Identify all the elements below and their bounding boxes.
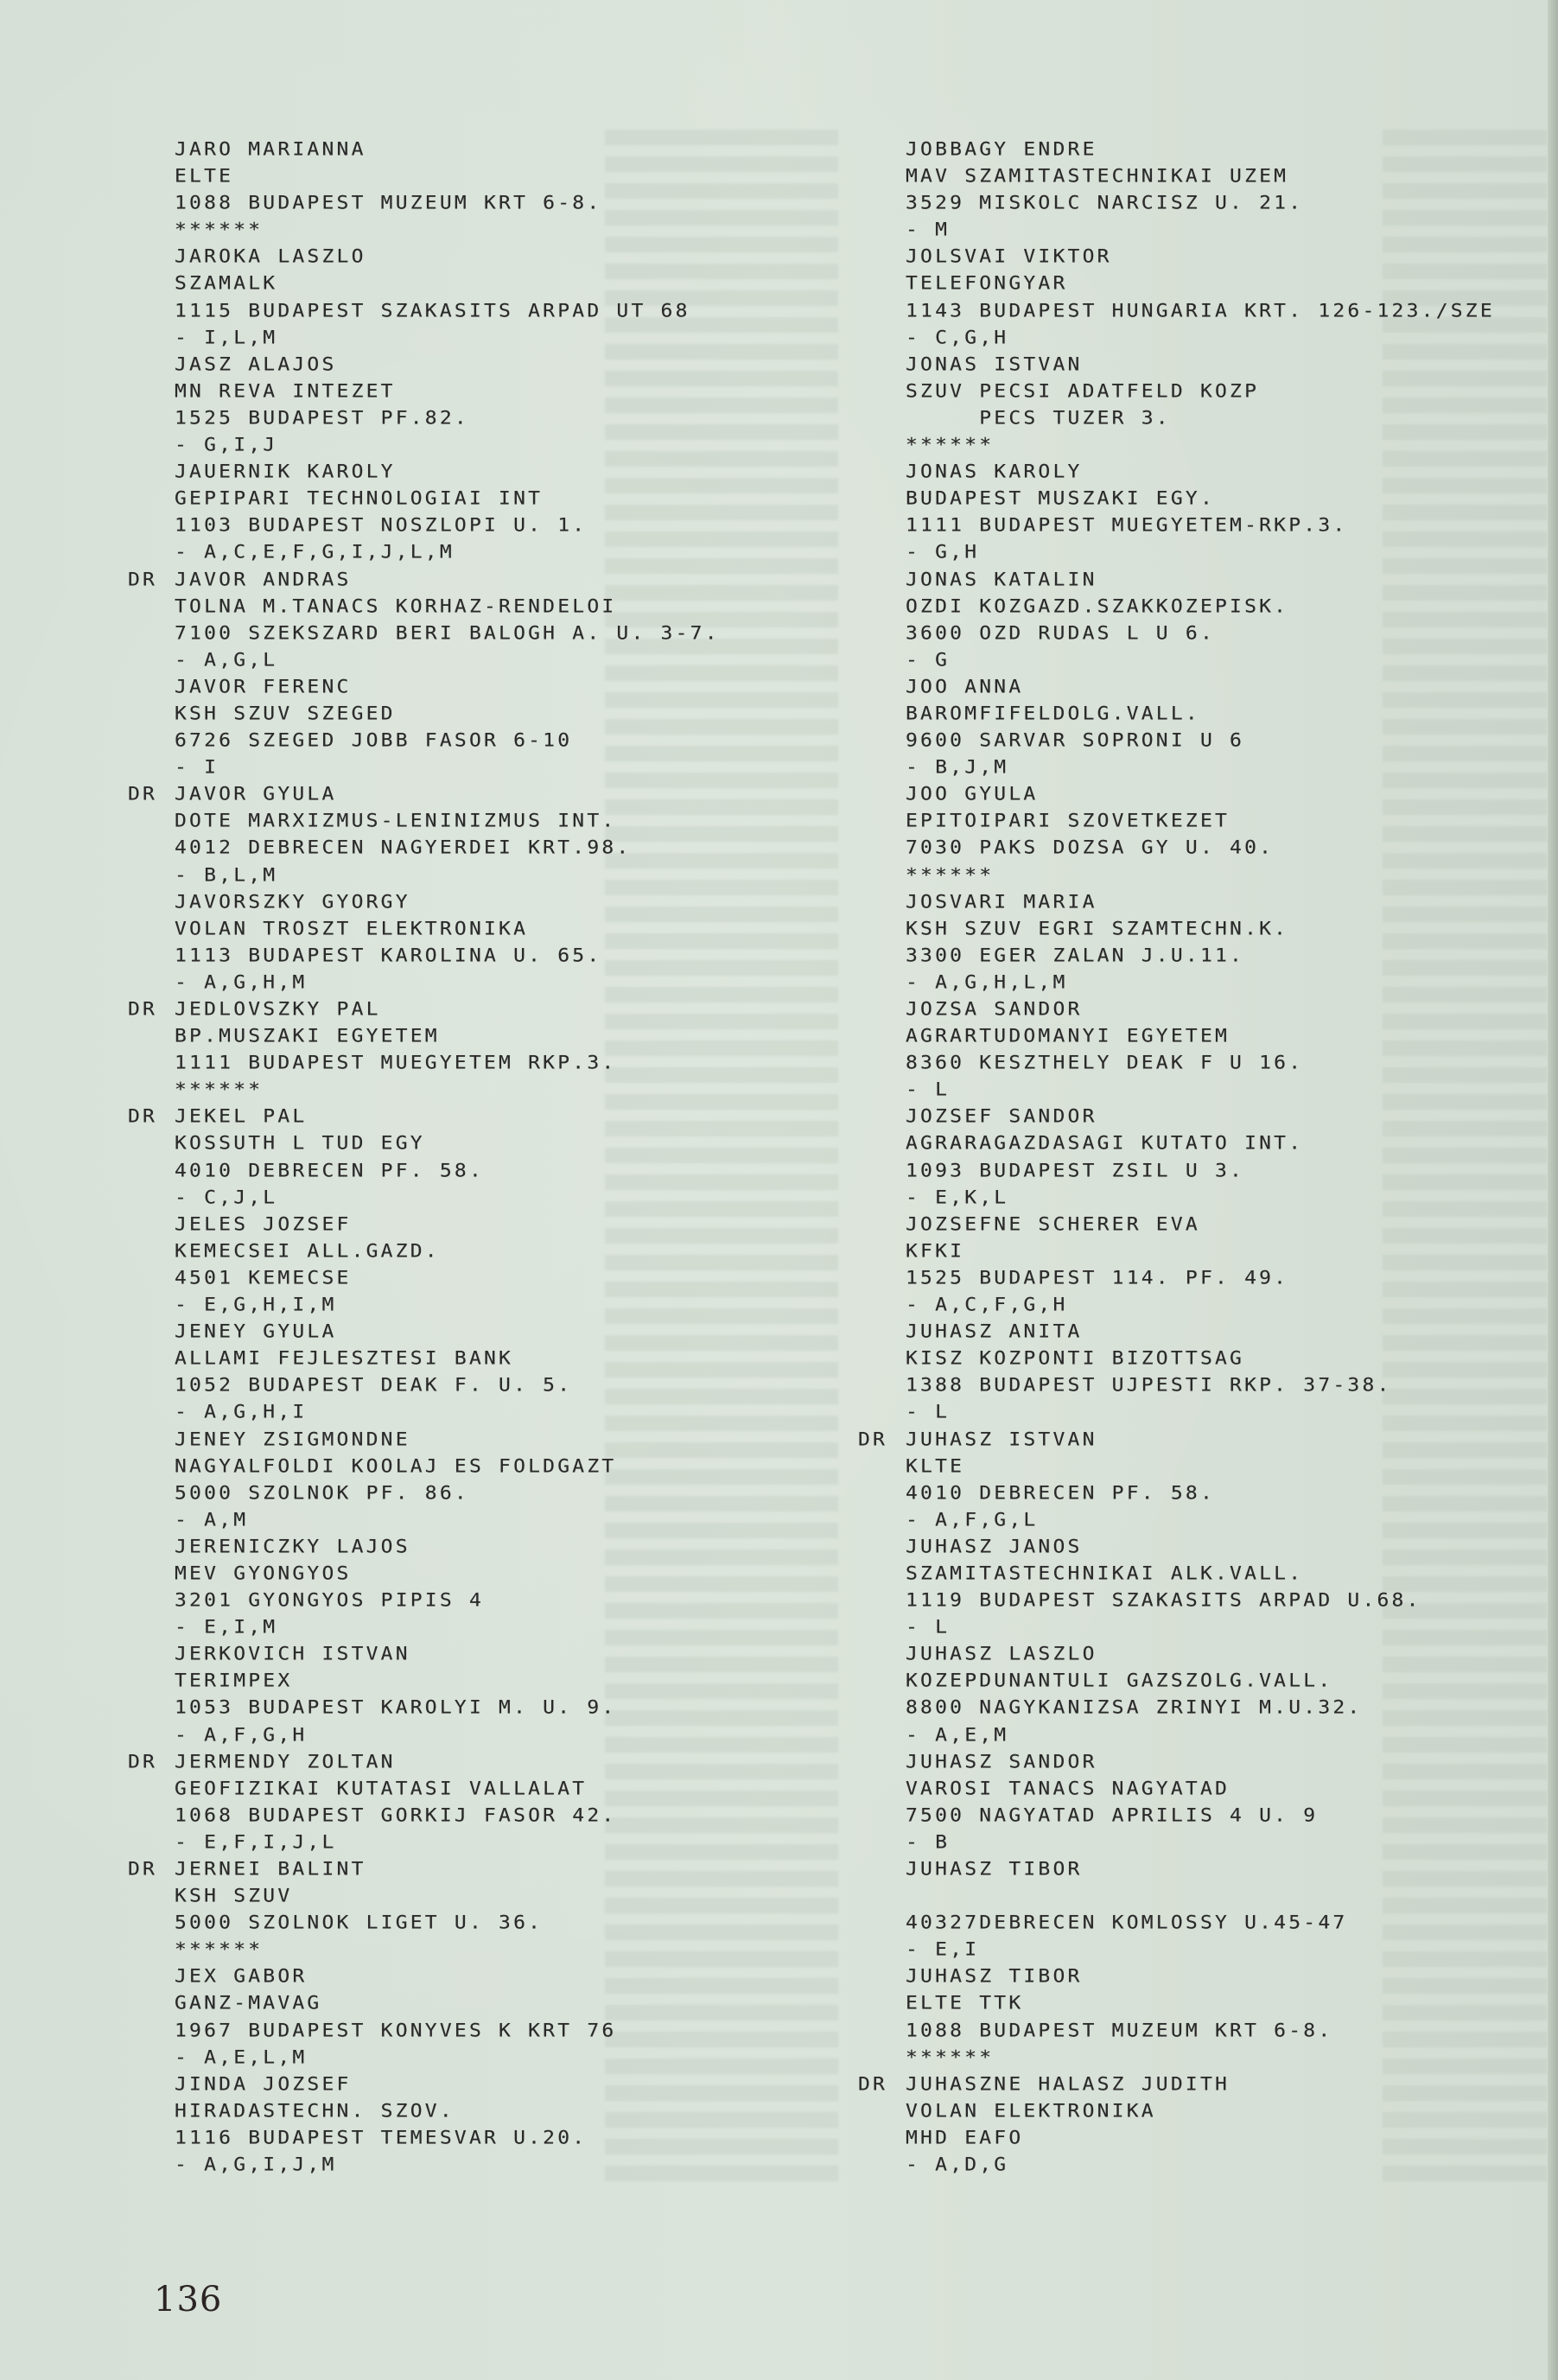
line-text: MHD EAFO xyxy=(906,2126,1023,2151)
line-text: JEKEL PAL xyxy=(175,1105,307,1130)
line-text: AGRARTUDOMANYI EGYETEM xyxy=(906,1024,1230,1049)
line-text: 5000 SZOLNOK LIGET U. 36. xyxy=(175,1911,543,1936)
line-text: KSH SZUV xyxy=(175,1884,292,1909)
line-text: 7500 NAGYATAD APRILIS 4 U. 9 xyxy=(906,1804,1318,1829)
line-text: - E,G,H,I,M xyxy=(175,1293,337,1318)
line-text: - E,K,L xyxy=(906,1186,1008,1211)
line-text: - E,I,M xyxy=(175,1615,277,1640)
title-prefix: DR xyxy=(128,782,157,807)
line-text: JONAS KAROLY xyxy=(906,460,1083,485)
line-text: JOLSVAI VIKTOR xyxy=(906,245,1112,270)
line-text: JERENICZKY LAJOS xyxy=(175,1535,410,1560)
line-text: 8800 NAGYKANIZSA ZRINYI M.U.32. xyxy=(906,1696,1362,1721)
line-text: 40327DEBRECEN KOMLOSSY U.45-47 xyxy=(906,1911,1347,1936)
line-text: JUHASZ LASZLO xyxy=(906,1642,1097,1667)
line-text: - A,G,H,L,M xyxy=(906,970,1068,996)
line-text: 1967 BUDAPEST KONYVES K KRT 76 xyxy=(175,2019,616,2044)
line-text: - L xyxy=(906,1401,950,1426)
line-text: - A,C,F,G,H xyxy=(906,1293,1068,1318)
line-text: NAGYALFOLDI KOOLAJ ES FOLDGAZT xyxy=(175,1454,616,1480)
line-text: - C,G,H xyxy=(906,326,1008,351)
line-text: JUHASZ TIBOR xyxy=(906,1965,1083,1990)
line-text: BAROMFIFELDOLG.VALL. xyxy=(906,702,1200,727)
line-text: - A,E,L,M xyxy=(175,2046,307,2071)
line-text: JELES JOZSEF xyxy=(175,1212,352,1238)
line-text: 1111 BUDAPEST MUEGYETEM-RKP.3. xyxy=(906,514,1347,539)
line-text: KOSSUTH L TUD EGY xyxy=(175,1132,425,1157)
line-text: - A,G,H,I xyxy=(175,1401,307,1426)
page-number: 136 xyxy=(154,2280,222,2320)
line-text: - E,F,I,J,L xyxy=(175,1830,337,1855)
line-text: ****** xyxy=(906,863,994,888)
line-text: - L xyxy=(906,1615,950,1640)
line-text: - A,F,G,H xyxy=(175,1723,307,1748)
line-text: ELTE TTK xyxy=(906,1992,1023,2017)
title-prefix: DR xyxy=(128,1750,157,1775)
line-text: JENEY GYULA xyxy=(175,1320,337,1345)
title-prefix: DR xyxy=(128,1857,157,1882)
line-text: JAVORSZKY GYORGY xyxy=(175,890,410,915)
bleed-through-text-right xyxy=(1383,130,1547,2186)
line-text: MAV SZAMITASTECHNIKAI UZEM xyxy=(906,164,1288,189)
line-text: JUHASZ SANDOR xyxy=(906,1750,1097,1775)
line-text: KLTE xyxy=(906,1454,964,1480)
line-text: JAROKA LASZLO xyxy=(175,245,366,270)
line-text: HIRADASTECHN. SZOV. xyxy=(175,2099,455,2124)
line-text: JAUERNIK KAROLY xyxy=(175,460,396,485)
line-text: JAVOR ANDRAS xyxy=(175,568,352,593)
line-text: - G xyxy=(906,648,950,673)
line-text: 6726 SZEGED JOBB FASOR 6-10 xyxy=(175,729,572,754)
line-text: BUDAPEST MUSZAKI EGY. xyxy=(906,487,1215,512)
line-text: JERMENDY ZOLTAN xyxy=(175,1750,396,1775)
line-text: JOO ANNA xyxy=(906,675,1023,700)
line-text: DOTE MARXIZMUS-LENINIZMUS INT. xyxy=(175,810,616,835)
line-text: JERNEI BALINT xyxy=(175,1857,366,1882)
line-text: EPITOIPARI SZOVETKEZET xyxy=(906,810,1230,835)
line-text: 4010 DEBRECEN PF. 58. xyxy=(906,1481,1215,1506)
line-text: 1111 BUDAPEST MUEGYETEM RKP.3. xyxy=(175,1051,616,1076)
line-text: - A,C,E,F,G,I,J,L,M xyxy=(175,541,455,566)
line-text: 3600 OZD RUDAS L U 6. xyxy=(906,621,1215,646)
line-text: MN REVA INTEZET xyxy=(175,379,396,404)
line-text: SZAMITASTECHNIKAI ALK.VALL. xyxy=(906,1562,1303,1587)
line-text: 1525 BUDAPEST 114. PF. 49. xyxy=(906,1266,1288,1291)
line-text: - A,G,I,J,M xyxy=(175,2153,337,2178)
line-text: - A,F,G,L xyxy=(906,1508,1038,1533)
line-text: ELTE xyxy=(175,164,233,189)
line-text: ALLAMI FEJLESZTESI BANK xyxy=(175,1346,513,1371)
bleed-through-text-left xyxy=(605,130,838,2186)
title-prefix: DR xyxy=(858,2072,887,2097)
line-text: JERKOVICH ISTVAN xyxy=(175,1642,410,1667)
line-text: - B xyxy=(906,1830,950,1855)
line-text: 1053 BUDAPEST KAROLYI M. U. 9. xyxy=(175,1696,616,1721)
line-text: SZAMALK xyxy=(175,272,277,297)
line-text: 4012 DEBRECEN NAGYERDEI KRT.98. xyxy=(175,837,631,862)
line-text: 1388 BUDAPEST UJPESTI RKP. 37-38. xyxy=(906,1374,1392,1399)
line-text: JOZSEFNE SCHERER EVA xyxy=(906,1212,1200,1238)
line-text: ****** xyxy=(175,219,263,244)
line-text: ****** xyxy=(906,433,994,458)
page-edge xyxy=(1548,0,1558,2380)
line-text: - B,L,M xyxy=(175,863,277,888)
line-text: KFKI xyxy=(906,1239,964,1264)
line-text: 1115 BUDAPEST SZAKASITS ARPAD UT 68 xyxy=(175,299,690,324)
line-text: 4501 KEMECSE xyxy=(175,1266,352,1291)
line-text: JOZSEF SANDOR xyxy=(906,1105,1097,1130)
title-prefix: DR xyxy=(128,568,157,593)
line-text: - A,G,H,M xyxy=(175,970,307,996)
line-text: - E,I xyxy=(906,1938,979,1963)
line-text: JINDA JOZSEF xyxy=(175,2072,352,2097)
line-text: SZUV PECSI ADATFELD KOZP xyxy=(906,379,1259,404)
line-text: JASZ ALAJOS xyxy=(175,353,337,378)
line-text: 3529 MISKOLC NARCISZ U. 21. xyxy=(906,191,1303,216)
line-text: GEOFIZIKAI KUTATASI VALLALAT xyxy=(175,1777,587,1802)
line-text: JARO MARIANNA xyxy=(175,137,366,162)
line-text: BP.MUSZAKI EGYETEM xyxy=(175,1024,440,1049)
line-text: JEX GABOR xyxy=(175,1965,307,1990)
line-text: PECS TUZER 3. xyxy=(906,406,1171,431)
line-text: JENEY ZSIGMONDNE xyxy=(175,1428,410,1453)
line-text: ****** xyxy=(175,1938,263,1963)
line-text: - C,J,L xyxy=(175,1186,277,1211)
line-text: 3300 EGER ZALAN J.U.11. xyxy=(906,944,1244,969)
line-text: - I,L,M xyxy=(175,326,277,351)
line-text: VOLAN TROSZT ELEKTRONIKA xyxy=(175,917,528,942)
line-text: KISZ KOZPONTI BIZOTTSAG xyxy=(906,1346,1244,1371)
line-text: 1052 BUDAPEST DEAK F. U. 5. xyxy=(175,1374,572,1399)
line-text: JOBBAGY ENDRE xyxy=(906,137,1097,162)
line-text: 3201 GYONGYOS PIPIS 4 xyxy=(175,1588,484,1613)
line-text: JOZSA SANDOR xyxy=(906,997,1083,1022)
line-text: 1068 BUDAPEST GORKIJ FASOR 42. xyxy=(175,1804,616,1829)
line-text: JAVOR GYULA xyxy=(175,782,337,807)
line-text: KEMECSEI ALL.GAZD. xyxy=(175,1239,440,1264)
line-text: TERIMPEX xyxy=(175,1670,292,1695)
line-text: 8360 KESZTHELY DEAK F U 16. xyxy=(906,1051,1303,1076)
line-text: 4010 DEBRECEN PF. 58. xyxy=(175,1159,484,1184)
line-text: 1143 BUDAPEST HUNGARIA KRT. 126-123./SZE xyxy=(906,299,1495,324)
line-text: OZDI KOZGAZD.SZAKKOZEPISK. xyxy=(906,595,1288,620)
title-prefix: DR xyxy=(128,997,157,1022)
line-text: - I xyxy=(175,755,219,780)
line-text: ****** xyxy=(175,1079,263,1104)
title-prefix: DR xyxy=(858,1428,887,1453)
line-text: VAROSI TANACS NAGYATAD xyxy=(906,1777,1230,1802)
line-text: KOZEPDUNANTULI GAZSZOLG.VALL. xyxy=(906,1670,1332,1695)
line-text: GEPIPARI TECHNOLOGIAI INT xyxy=(175,487,543,512)
line-text: TELEFONGYAR xyxy=(906,272,1068,297)
line-text: 1119 BUDAPEST SZAKASITS ARPAD U.68. xyxy=(906,1588,1421,1613)
line-text: ****** xyxy=(906,2046,994,2071)
line-text: 9600 SARVAR SOPRONI U 6 xyxy=(906,729,1244,754)
line-text: KSH SZUV SZEGED xyxy=(175,702,396,727)
line-text: 1113 BUDAPEST KAROLINA U. 65. xyxy=(175,944,601,969)
line-text: JOO GYULA xyxy=(906,782,1038,807)
line-text: JUHASZNE HALASZ JUDITH xyxy=(906,2072,1230,2097)
line-text: JUHASZ ANITA xyxy=(906,1320,1083,1345)
line-text: - A,D,G xyxy=(906,2153,1008,2178)
line-text: AGRARAGAZDASAGI KUTATO INT. xyxy=(906,1132,1303,1157)
line-text: JAVOR FERENC xyxy=(175,675,352,700)
line-text: - A,G,L xyxy=(175,648,277,673)
line-text: - A,M xyxy=(175,1508,248,1533)
line-text: VOLAN ELEKTRONIKA xyxy=(906,2099,1156,2124)
line-text: JONAS KATALIN xyxy=(906,568,1097,593)
line-text: KSH SZUV EGRI SZAMTECHN.K. xyxy=(906,917,1288,942)
line-text: JEDLOVSZKY PAL xyxy=(175,997,381,1022)
line-text: 7030 PAKS DOZSA GY U. 40. xyxy=(906,837,1274,862)
title-prefix: DR xyxy=(128,1105,157,1130)
line-text: 1116 BUDAPEST TEMESVAR U.20. xyxy=(175,2126,587,2151)
line-text: - G,H xyxy=(906,541,979,566)
line-text: 7100 SZEKSZARD BERI BALOGH A. U. 3-7. xyxy=(175,621,720,646)
line-text: 1093 BUDAPEST ZSIL U 3. xyxy=(906,1159,1244,1184)
line-text: 1525 BUDAPEST PF.82. xyxy=(175,406,469,431)
line-text: 1088 BUDAPEST MUZEUM KRT 6-8. xyxy=(906,2019,1332,2044)
line-text: - L xyxy=(906,1079,950,1104)
line-text: - A,E,M xyxy=(906,1723,1008,1748)
line-text: JONAS ISTVAN xyxy=(906,353,1083,378)
line-text: 1103 BUDAPEST NOSZLOPI U. 1. xyxy=(175,514,587,539)
line-text: 5000 SZOLNOK PF. 86. xyxy=(175,1481,469,1506)
line-text: - G,I,J xyxy=(175,433,277,458)
line-text: - B,J,M xyxy=(906,755,1008,780)
line-text: JUHASZ TIBOR xyxy=(906,1857,1083,1882)
line-text: 1088 BUDAPEST MUZEUM KRT 6-8. xyxy=(175,191,601,216)
line-text: MEV GYONGYOS xyxy=(175,1562,352,1587)
line-text: GANZ-MAVAG xyxy=(175,1992,321,2017)
line-text: JUHASZ ISTVAN xyxy=(906,1428,1097,1453)
line-text: JUHASZ JANOS xyxy=(906,1535,1083,1560)
line-text: TOLNA M.TANACS KORHAZ-RENDELOI xyxy=(175,595,616,620)
line-text: JOSVARI MARIA xyxy=(906,890,1097,915)
line-text: - M xyxy=(906,219,950,244)
